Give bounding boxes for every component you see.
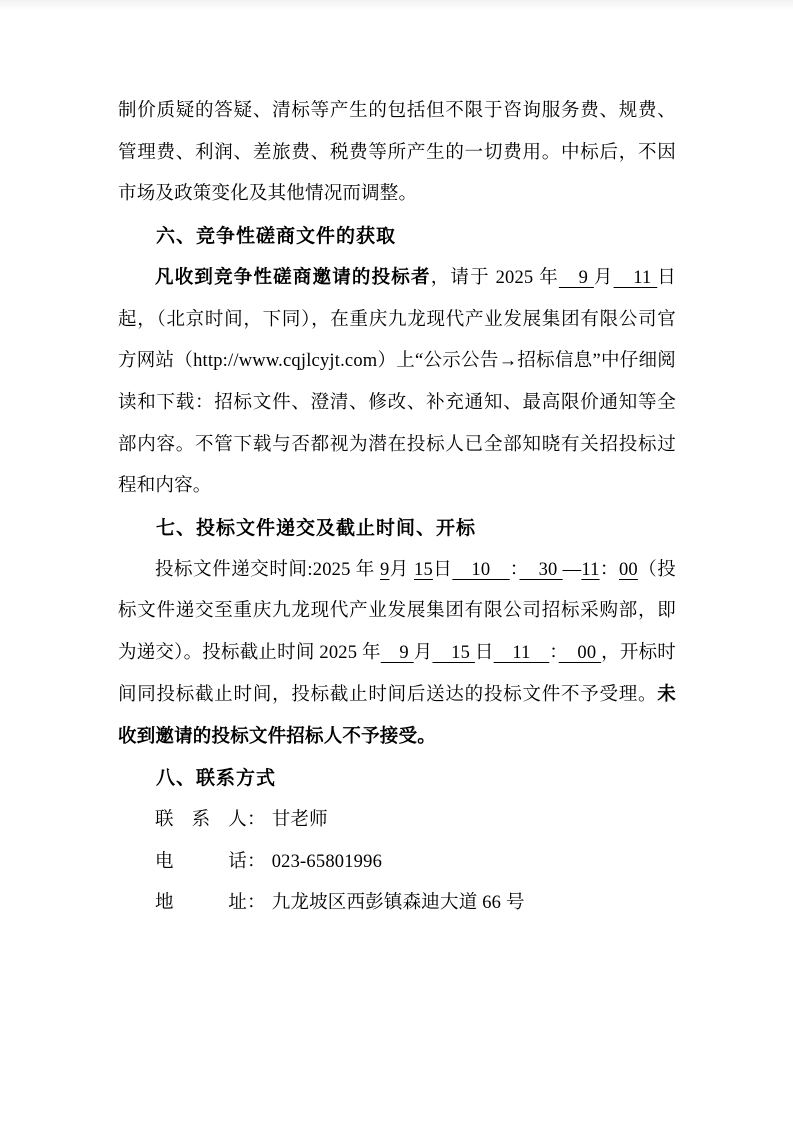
underlined-hour-value: 11 xyxy=(494,643,550,663)
underlined-minute-value: 00 xyxy=(559,643,601,663)
section7-paragraph: 投标文件递交时间:2025 年 9月 15日 10 ： 30 —11：00（投标… xyxy=(118,550,676,759)
underlined-month-value: 9 xyxy=(381,643,414,663)
contact-phone-value: 023-65801996 xyxy=(272,852,382,872)
contact-address-value: 九龙坡区西彭镇森迪大道 66 号 xyxy=(272,893,525,913)
contact-row-phone: 电话：023-65801996 xyxy=(118,842,676,884)
paragraph-fees-text: 制价质疑的答疑、清标等产生的包括但不限于咨询服务费、规费、管理费、利润、差旅费、… xyxy=(118,101,676,204)
contact-row-address: 地址：九龙坡区西彭镇森迪大道 66 号 xyxy=(118,883,676,925)
section6-heading: 六、竞争性磋商文件的获取 xyxy=(118,216,676,258)
text-run: ，请于 2025 年 xyxy=(431,268,559,288)
text-run: 月 xyxy=(414,643,433,663)
contact-person-value: 甘老师 xyxy=(272,810,328,830)
text-run: — xyxy=(563,560,582,580)
underlined-day-value: 11 xyxy=(614,268,658,288)
text-run: ： xyxy=(600,560,619,580)
contact-colon: ： xyxy=(247,852,266,872)
contact-label: 地址 xyxy=(155,883,247,925)
underlined-day-value: 15 xyxy=(414,560,433,580)
underlined-hour-value: 11 xyxy=(581,560,599,580)
underlined-hour-value: 10 xyxy=(452,560,509,580)
text-run: ： xyxy=(549,643,558,663)
paragraph-fees: 制价质疑的答疑、清标等产生的包括但不限于咨询服务费、规费、管理费、利润、差旅费、… xyxy=(118,91,676,216)
contact-row-person: 联系人：甘老师 xyxy=(118,800,676,842)
text-run: 月 xyxy=(389,560,414,580)
text-run: 日起，（北京时间，下同），在重庆九龙现代产业发展集团有限公司官方网站（http:… xyxy=(118,268,676,497)
text-run: 日 xyxy=(475,643,494,663)
underlined-minute-value: 00 xyxy=(619,560,638,580)
contact-colon: ： xyxy=(247,810,266,830)
text-run: 投标文件递交时间:2025 年 xyxy=(155,560,380,580)
document-page: 制价质疑的答疑、清标等产生的包括但不限于咨询服务费、规费、管理费、利润、差旅费、… xyxy=(0,0,793,1122)
section6-paragraph: 凡收到竞争性磋商邀请的投标者，请于 2025 年 9 月 11 日起，（北京时间… xyxy=(118,258,676,508)
section6-lead-bold: 凡收到竞争性磋商邀请的投标者 xyxy=(155,268,431,288)
underlined-month-value: 9 xyxy=(559,268,594,288)
text-run: 日 xyxy=(433,560,452,580)
contact-label: 联系人 xyxy=(155,800,247,842)
contact-colon: ： xyxy=(247,893,266,913)
text-run: ： xyxy=(510,560,520,580)
underlined-day-value: 15 xyxy=(432,643,474,663)
section7-heading: 七、投标文件递交及截止时间、开标 xyxy=(118,508,676,550)
underlined-minute-value: 30 xyxy=(520,560,563,580)
section8-heading: 八、联系方式 xyxy=(118,758,676,800)
text-run: 月 xyxy=(594,268,614,288)
contact-label: 电话 xyxy=(155,842,247,884)
